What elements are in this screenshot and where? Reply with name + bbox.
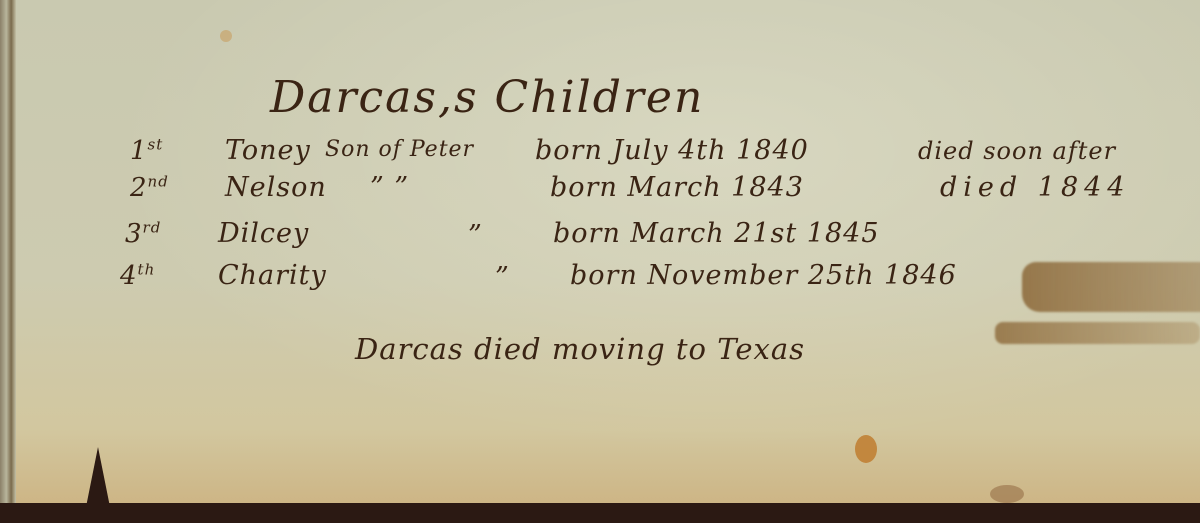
entry-name: Toney [225, 135, 311, 166]
ink-smear-stain [1022, 262, 1200, 312]
entry-died: died soon after [918, 137, 1116, 165]
entry-died: died 1844 [940, 172, 1130, 203]
stain-spot [855, 435, 877, 463]
entry-name: Nelson [225, 172, 327, 203]
closing-note: Darcas died moving to Texas [355, 332, 805, 366]
page-bottom-edge [0, 503, 1200, 523]
entry-row: 4th [120, 260, 155, 291]
entry-ordinal: 1st [130, 136, 163, 166]
entry-row: 3rd [125, 218, 161, 249]
ledger-page: Darcas,s Children 1st Toney Son of Peter… [0, 0, 1200, 505]
entry-born: born November 25th 1846 [570, 260, 957, 291]
entry-relation: ” ” [370, 172, 409, 203]
stain-spot [220, 30, 232, 42]
ink-smear-stain [995, 322, 1200, 344]
entry-row: 2nd [130, 172, 169, 203]
stain-spot [990, 485, 1024, 503]
entry-name: Dilcey [218, 218, 309, 249]
entry-name: Charity [218, 260, 327, 291]
torn-page-corner [86, 447, 110, 507]
entry-born: born March 21st 1845 [553, 218, 880, 249]
page-title: Darcas,s Children [270, 72, 704, 123]
entry-born: born July 4th 1840 [535, 135, 809, 166]
entry-relation: Son of Peter [325, 137, 474, 162]
entry-born: born March 1843 [550, 172, 804, 203]
entry-relation: ” [468, 220, 483, 251]
page-binding-edge [0, 0, 16, 505]
entry-relation: ” [495, 262, 510, 293]
entry-row: 1st [130, 135, 163, 166]
